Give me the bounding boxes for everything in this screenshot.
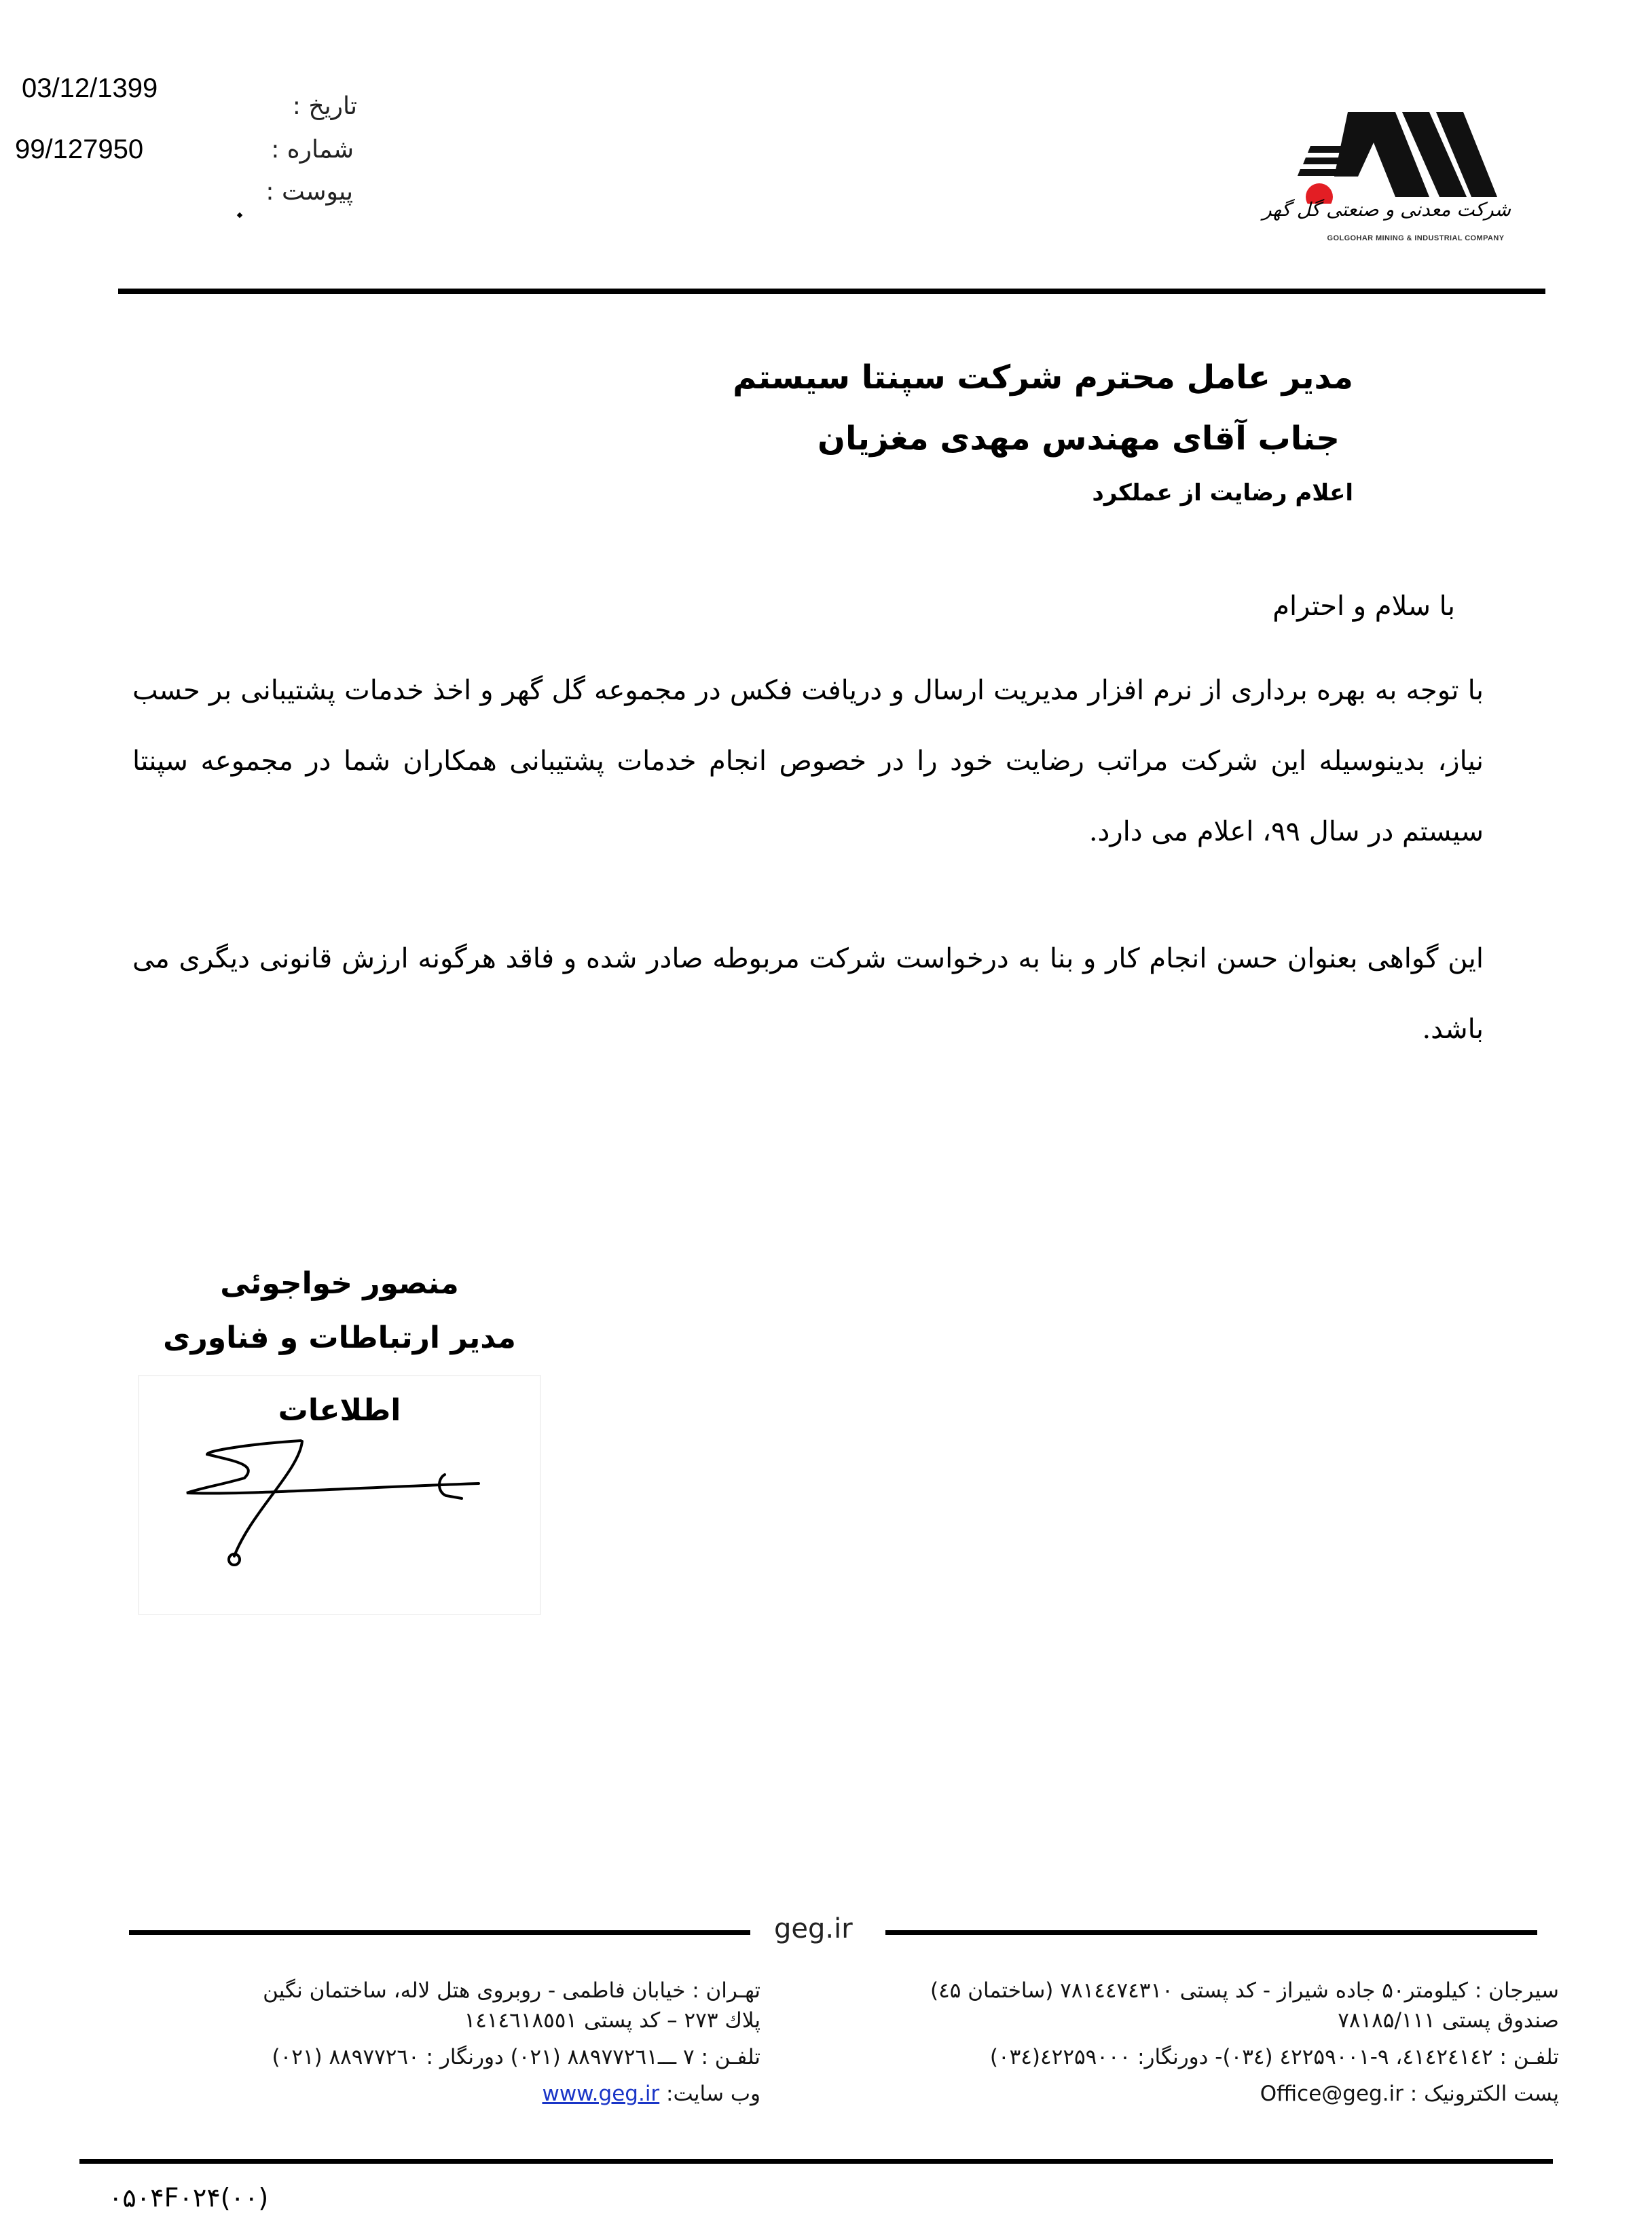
tehran-address-line2: پلاك ۲۷۳ – کد پستی ۱٤١٤٦١٨٥٥١ <box>263 2006 760 2035</box>
email-label: پست الکترونیک : <box>1410 2082 1559 2106</box>
letter-number-value: 99/127950 <box>15 134 143 165</box>
tehran-phone: تلفـن : ۷ ـــ۸۸۹۷۷۲٦۱ (۰۲۱) دورنگار : ۸۸… <box>263 2042 760 2072</box>
sirjan-address-line2: صندوق پستی ۷۸۱۸۵/۱۱۱ <box>930 2006 1559 2035</box>
logo-name-fa: شرکت معدنی و صنعتی گل گهر <box>1314 198 1511 221</box>
date-value: 03/12/1399 <box>22 73 158 104</box>
company-logo: شرکت معدنی و صنعتی گل گهر GOLGOHAR MININ… <box>1293 95 1511 255</box>
attachment-label: پیوست : <box>265 178 353 206</box>
logo-name-en: GOLGOHAR MINING & INDUSTRIAL COMPANY <box>1324 234 1507 242</box>
greeting: با سلام و احترام <box>1272 591 1455 622</box>
body-paragraph-1: با توجه به بهره برداری از نرم افزار مدیر… <box>132 655 1484 867</box>
body-paragraph-2: این گواهی بعنوان حسن انجام کار و بنا به … <box>132 923 1484 1065</box>
sirjan-address-line1: سیرجان : کیلومتر۵۰ جاده شیراز - کد پستی … <box>930 1976 1559 2006</box>
letter-number-label: شماره : <box>271 136 354 164</box>
footer-divider-left <box>129 1930 750 1935</box>
date-label: تاریخ : <box>293 92 357 120</box>
header-divider <box>118 289 1545 294</box>
footer-site: geg.ir <box>774 1913 853 1944</box>
footer-tehran-block: تهـران : خیابان فاطمی - روبروی هتل لاله،… <box>263 1976 760 2109</box>
tehran-website: وب سایت: www.geg.ir <box>263 2079 760 2109</box>
footer-divider-right <box>885 1930 1537 1935</box>
footer-sirjan-block: سیرجان : کیلومتر۵۰ جاده شیراز - کد پستی … <box>930 1976 1559 2109</box>
golgohar-mark-icon <box>1293 95 1511 204</box>
handwritten-signature-icon <box>139 1376 540 1614</box>
letter-subject: اعلام رضایت از عملکرد <box>1092 479 1353 506</box>
website-link[interactable]: www.geg.ir <box>542 2082 659 2106</box>
sirjan-email: پست الکترونیک : Office@geg.ir <box>930 2079 1559 2109</box>
email-address[interactable]: Office@geg.ir <box>1260 2082 1403 2106</box>
document-code: ۰۵۰۴F۰۲۴(۰۰) <box>109 2183 268 2213</box>
website-label: وب سایت: <box>666 2082 760 2106</box>
bottom-divider <box>79 2159 1553 2164</box>
sirjan-phone: تلفـن : ٤١٤٢٤١٤٢، ۹-٤٢٢۵۹۰۰۱ (۰۳٤)- دورن… <box>930 2042 1559 2072</box>
tehran-address-line1: تهـران : خیابان فاطمی - روبروی هتل لاله،… <box>263 1976 760 2006</box>
signature-box: اطلاعات <box>138 1375 541 1615</box>
recipient-name: جناب آقای مهندس مهدی مغزیان <box>818 420 1340 458</box>
attachment-dot <box>237 213 242 218</box>
signatory-title: مدیر ارتباطات و فناوری <box>136 1321 543 1355</box>
signatory-name: منصور خواجوئی <box>136 1266 543 1301</box>
recipient-title: مدیر عامل محترم شرکت سپنتا سیستم <box>733 358 1353 396</box>
